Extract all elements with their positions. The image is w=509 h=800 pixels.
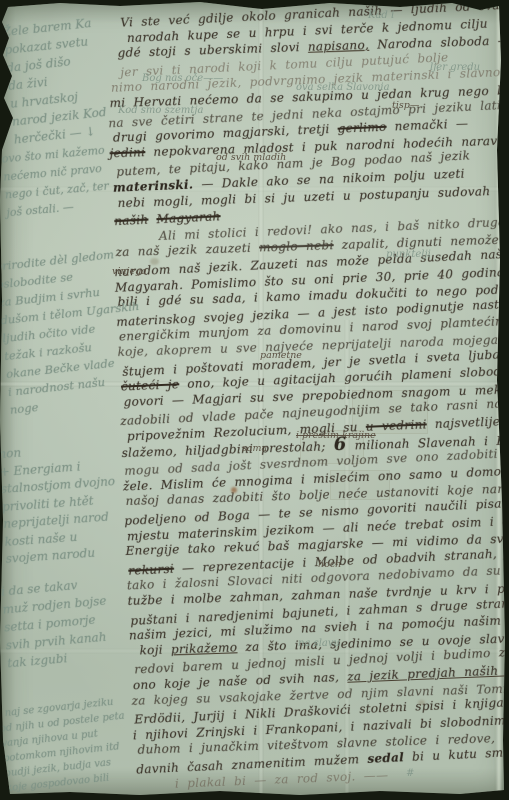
interline-note: sama: [242, 443, 267, 454]
manuscript-page: Vi ste već gdilje okolo granicah naših —…: [0, 0, 509, 800]
handwritten-word: sedal: [367, 750, 404, 766]
handwritten-word: moglo nebi: [259, 238, 334, 254]
interline-note: Kad i: [368, 10, 394, 21]
pencil-margin-note: i naj se zgovarja jezikuod njih u od pos…: [0, 694, 132, 797]
interline-note: i prestim krajine: [296, 430, 376, 441]
handwritten-word: napisano,: [308, 38, 370, 54]
handwritten-word: za naš jezik zauzeti: [115, 241, 259, 260]
handwritten-word: prikažemo: [171, 640, 238, 656]
pencil-margin-note: ovo što mi kažemonećemo nič pravonego i …: [1, 142, 111, 223]
interline-note: na slavu: [298, 638, 340, 649]
pencil-margin-note: non+ Energiam istalnostjom dvojnoprivoli…: [0, 438, 121, 568]
interline-note: vinjega: [112, 266, 147, 277]
scan-background: { "scene": { "background_color": "#151a1…: [0, 0, 509, 800]
handwritten-word: jedini: [109, 145, 145, 160]
interline-note: ljer gredu: [430, 62, 480, 73]
handwritten-word: Magyarah: [156, 209, 221, 226]
stain-spot: [418, 700, 425, 705]
handwritten-word: nemački —: [386, 117, 468, 134]
interline-note: hoch: [318, 559, 341, 570]
handwritten-word: koji: [139, 642, 171, 657]
pencil-margin-note: Žele barem Kapokazat svetuda još dišoda …: [2, 13, 110, 148]
interline-note: Bog nas oče——: [142, 73, 223, 84]
interline-note: pametne: [260, 350, 302, 361]
handwritten-word: rekursi: [128, 561, 174, 577]
handwritten-word: naših: [114, 213, 149, 229]
interline-note: tisp—: [392, 100, 419, 111]
interline-note: #: [406, 768, 414, 779]
pencil-margin-note: i da se takavmuž rodjen bojsesetta i pom…: [0, 574, 112, 673]
main-handwritten-text: Vi ste već gdilje okolo granicah naših —…: [104, 0, 509, 793]
handwritten-word: najsvetlije mogle: [426, 413, 509, 432]
stain-spot: [231, 487, 237, 493]
stain-spot: [150, 258, 159, 265]
interline-note: od svih mladih: [216, 152, 286, 163]
interline-note: ova selka Slavonia: [296, 82, 390, 93]
handwritten-word: gerlimo: [337, 120, 386, 136]
interline-note: punktelji: [386, 249, 431, 260]
interline-note: Kod smo szemtja: [118, 105, 204, 116]
